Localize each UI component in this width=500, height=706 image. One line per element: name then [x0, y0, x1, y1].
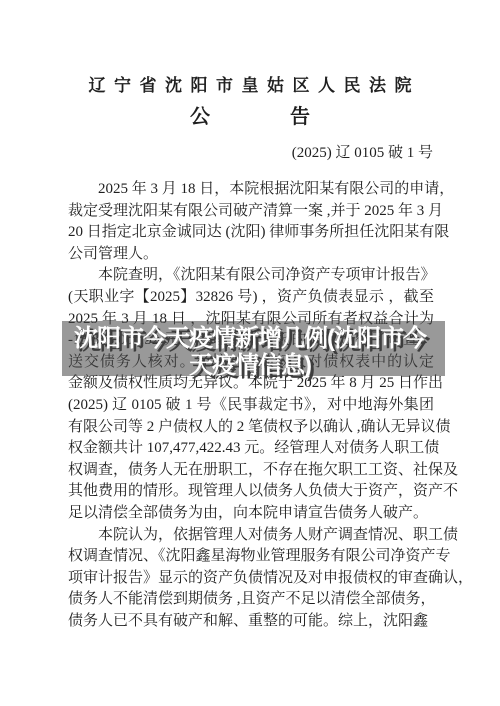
document-line: 其他费用的情形。现管理人以债务人负债大于资产，资产不	[68, 481, 434, 503]
document-line: 公司管理人。	[68, 244, 434, 266]
announcement-title: 公 告	[0, 100, 500, 129]
document-line: 20 日指定北京金诚同达 (沈阳) 律师事务所担任沈阳某有限	[68, 222, 434, 244]
document-line: 债务人不能清偿到期债务 ,且资产不足以清偿全部债务，	[68, 589, 434, 611]
document-line: (天职业字【2025】32826 号) ，资产负债表显示 ，截至	[68, 287, 434, 309]
watermark-title: 沈阳市今天疫情新增几例(沈阳市今 天疫情信息)	[0, 325, 500, 379]
document-line: 裁定受理沈阳某有限公司破产清算一案 ,并于 2025 年 3 月	[68, 201, 434, 223]
document-line: 本院认为，依据管理人对债务人财产调查情况、职工债	[68, 525, 434, 547]
document-line: (2025) 辽 0105 破 1 号《民事裁定书》，对中地海外集团	[68, 395, 434, 417]
document-line: 权金额共计 107,477,422.43 元。经管理人对债务人职工债	[68, 438, 434, 460]
case-number: (2025) 辽 0105 破 1 号	[292, 141, 433, 162]
document-line: 项审计报告》显示的资产负债情况及对申报债权的审查确认，	[68, 568, 434, 590]
document-line: 权调查，债务人无在册职工，不存在拖欠职工工资、社保及	[68, 460, 434, 482]
document-line: 有限公司等 2 户债权人的 2 笔债权予以确认 ,确认无异议债	[68, 417, 434, 439]
court-announcement-page: { "document": { "court_name": "辽宁省沈阳市皇姑区…	[0, 0, 500, 706]
document-line: 2025 年 3 月 18 日，本院根据沈阳某有限公司的申请，	[68, 179, 434, 201]
watermark-title-line-1: 沈阳市今天疫情新增几例(沈阳市今	[0, 325, 500, 352]
document-body: 2025 年 3 月 18 日，本院根据沈阳某有限公司的申请，裁定受理沈阳某有限…	[68, 179, 434, 632]
document-line: 债务人已不具有破产和解、重整的可能。综上，沈阳鑫	[68, 611, 434, 633]
watermark-title-line-2: 天疫情信息)	[0, 352, 500, 379]
court-name: 辽宁省沈阳市皇姑区人民法院	[0, 71, 500, 96]
document-line: 本院查明，《沈阳某有限公司净资产专项审计报告》	[68, 265, 434, 287]
document-line: 权调查情况、《沈阳鑫星海物业管理服务有限公司净资产专	[68, 546, 434, 568]
document-line: 足以清偿全部债务为由，向本院申请宣告债务人破产。	[68, 503, 434, 525]
